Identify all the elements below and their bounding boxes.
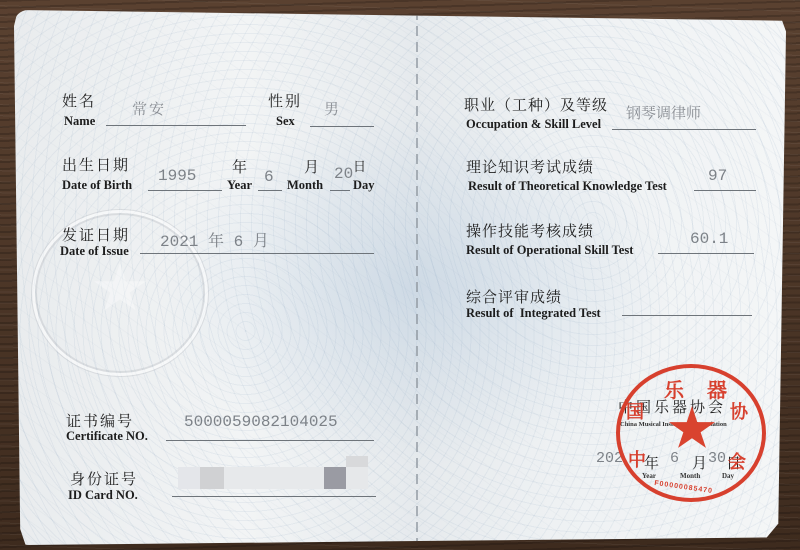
birth-label-en: Date of Birth bbox=[62, 178, 132, 193]
birth-label-cn: 出生日期 bbox=[62, 154, 130, 175]
occupation-label-en: Occupation & Skill Level bbox=[466, 117, 601, 132]
operational-label-cn: 操作技能考核成绩 bbox=[466, 220, 594, 241]
name-value: 常安 bbox=[132, 98, 166, 119]
birth-month-underline bbox=[258, 190, 282, 191]
certificate-booklet: 姓名 Name 常安 性别 Sex 男 出生日期 Date of Birth 1… bbox=[14, 10, 786, 545]
certificate-label-cn: 证书编号 bbox=[66, 410, 134, 431]
id-card-label-en: ID Card NO. bbox=[68, 488, 138, 503]
operational-underline bbox=[658, 253, 754, 254]
certificate-label-en: Certificate NO. bbox=[66, 429, 148, 444]
birth-day-underline bbox=[330, 190, 350, 191]
birth-month-en: Month bbox=[287, 178, 323, 193]
seal-char-left-top: 国 bbox=[626, 398, 644, 424]
birth-year-value: 1995 bbox=[158, 167, 196, 185]
theory-label-cn: 理论知识考试成绩 bbox=[466, 156, 594, 177]
birth-year-underline bbox=[148, 190, 222, 191]
id-card-underline bbox=[172, 496, 376, 497]
birth-month-value: 6 bbox=[264, 168, 274, 186]
certificate-value: 5000059082104025 bbox=[184, 413, 338, 431]
issue-label-cn: 发证日期 bbox=[62, 224, 130, 245]
birth-year-cn: 年 bbox=[232, 156, 249, 177]
birth-day-en: Day bbox=[353, 178, 375, 193]
seal-chars-top: 乐 器 bbox=[664, 374, 735, 403]
integrated-label-en: Result of Integrated Test bbox=[466, 306, 601, 321]
birth-year-en: Year bbox=[227, 178, 252, 193]
certificate-underline bbox=[166, 440, 374, 441]
occupation-value: 钢琴调律师 bbox=[626, 102, 701, 123]
theory-underline bbox=[694, 190, 756, 191]
sex-underline bbox=[310, 126, 374, 127]
seal-star-icon bbox=[668, 406, 716, 452]
booklet-spine bbox=[416, 10, 418, 545]
id-card-label-cn: 身份证号 bbox=[70, 468, 138, 489]
birth-day-value: 20 bbox=[334, 165, 353, 183]
sex-label-en: Sex bbox=[276, 114, 295, 129]
embossed-star-icon bbox=[93, 263, 147, 315]
occupation-underline bbox=[612, 129, 756, 130]
seal-char-right-top: 协 bbox=[730, 398, 748, 424]
seal-char-left-bottom: 中 bbox=[628, 446, 646, 472]
sex-value: 男 bbox=[324, 98, 341, 119]
birth-month-cn: 月 bbox=[304, 156, 321, 177]
issue-label-en: Date of Issue bbox=[60, 244, 129, 259]
occupation-label-cn: 职业（工种）及等级 bbox=[464, 94, 608, 115]
issue-underline bbox=[140, 253, 374, 254]
operational-label-en: Result of Operational Skill Test bbox=[466, 243, 633, 258]
sex-label-cn: 性别 bbox=[268, 90, 302, 111]
theory-label-en: Result of Theoretical Knowledge Test bbox=[468, 179, 667, 194]
official-red-seal: 乐 器 国 中 协 会 F00000085470 bbox=[616, 364, 766, 502]
seal-char-right-bottom: 会 bbox=[728, 448, 746, 474]
integrated-underline bbox=[622, 315, 752, 316]
name-label-cn: 姓名 bbox=[62, 90, 96, 111]
issue-value: 2021 年 6 月 bbox=[160, 228, 269, 251]
integrated-label-cn: 综合评审成绩 bbox=[466, 286, 562, 307]
name-label-en: Name bbox=[64, 114, 95, 129]
seal-serial: F00000085470 bbox=[654, 480, 714, 495]
name-underline bbox=[106, 125, 246, 126]
birth-day-cn: 日 bbox=[353, 156, 368, 175]
theory-value: 97 bbox=[708, 167, 727, 185]
operational-value: 60.1 bbox=[690, 230, 728, 248]
